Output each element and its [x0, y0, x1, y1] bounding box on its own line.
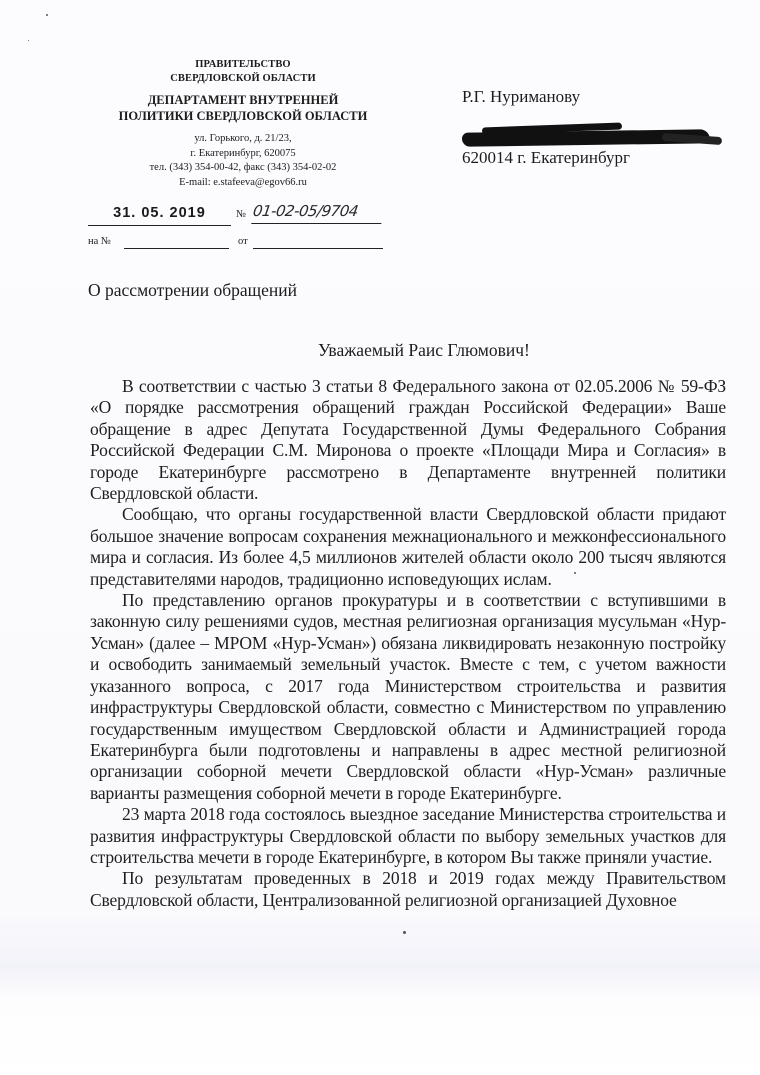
scan-speck	[403, 931, 406, 934]
letter-body: В соответствии с частью 3 статьи 8 Федер…	[90, 376, 726, 911]
government-name-line1: ПРАВИТЕЛЬСТВО	[88, 58, 398, 72]
body-paragraph: По представлению органов прокуратуры и в…	[90, 590, 726, 804]
body-paragraph: В соответствии с частью 3 статьи 8 Федер…	[90, 376, 726, 504]
scan-speck	[28, 40, 29, 41]
letterhead: ПРАВИТЕЛЬСТВО СВЕРДЛОВСКОЙ ОБЛАСТИ ДЕПАР…	[88, 58, 398, 190]
registration-row: 31. 05. 2019 № 01-02-05/9704	[88, 203, 388, 227]
body-paragraph: По результатам проведенных в 2018 и 2019…	[90, 868, 726, 911]
department-name-line1: ДЕПАРТАМЕНТ ВНУТРЕННЕЙ	[88, 92, 398, 108]
scan-speck	[46, 14, 48, 16]
salutation: Уважаемый Раис Глюмович!	[318, 340, 530, 361]
address-street: ул. Горького, д. 21/23,	[88, 132, 398, 147]
reference-date-label: от	[238, 236, 248, 247]
government-name-line2: СВЕРДЛОВСКОЙ ОБЛАСТИ	[88, 72, 398, 86]
address-city: г. Екатеринбург, 620075	[88, 147, 398, 162]
reference-number-label: на №	[88, 236, 111, 247]
letter-subject: О рассмотрении обращений	[88, 280, 297, 301]
department-address: ул. Горького, д. 21/23, г. Екатеринбург,…	[88, 132, 398, 190]
reference-date-blank	[253, 248, 383, 249]
body-paragraph: Сообщаю, что органы государственной влас…	[90, 504, 726, 590]
addressee-name: Р.Г. Нуриманову	[462, 86, 722, 107]
letter-page: ПРАВИТЕЛЬСТВО СВЕРДЛОВСКОЙ ОБЛАСТИ ДЕПАР…	[0, 0, 760, 1075]
redacted-street-address	[462, 129, 722, 145]
number-label: №	[236, 209, 246, 220]
addressee-city: 620014 г. Екатеринбург	[462, 147, 722, 168]
phone-fax: тел. (343) 354-00-42, факс (343) 354-02-…	[88, 161, 398, 176]
reference-row: на № от	[88, 236, 388, 252]
registration-number: 01-02-05/9704	[251, 199, 385, 224]
department-name-line2: ПОЛИТИКИ СВЕРДЛОВСКОЙ ОБЛАСТИ	[88, 108, 398, 124]
addressee-block: Р.Г. Нуриманову 620014 г. Екатеринбург	[462, 86, 722, 168]
reference-number-blank	[124, 248, 229, 249]
email: E-mail: e.stafeeva@egov66.ru	[88, 176, 398, 191]
body-paragraph: 23 марта 2018 года состоялось выездное з…	[90, 804, 726, 868]
registration-date: 31. 05. 2019	[88, 203, 231, 226]
